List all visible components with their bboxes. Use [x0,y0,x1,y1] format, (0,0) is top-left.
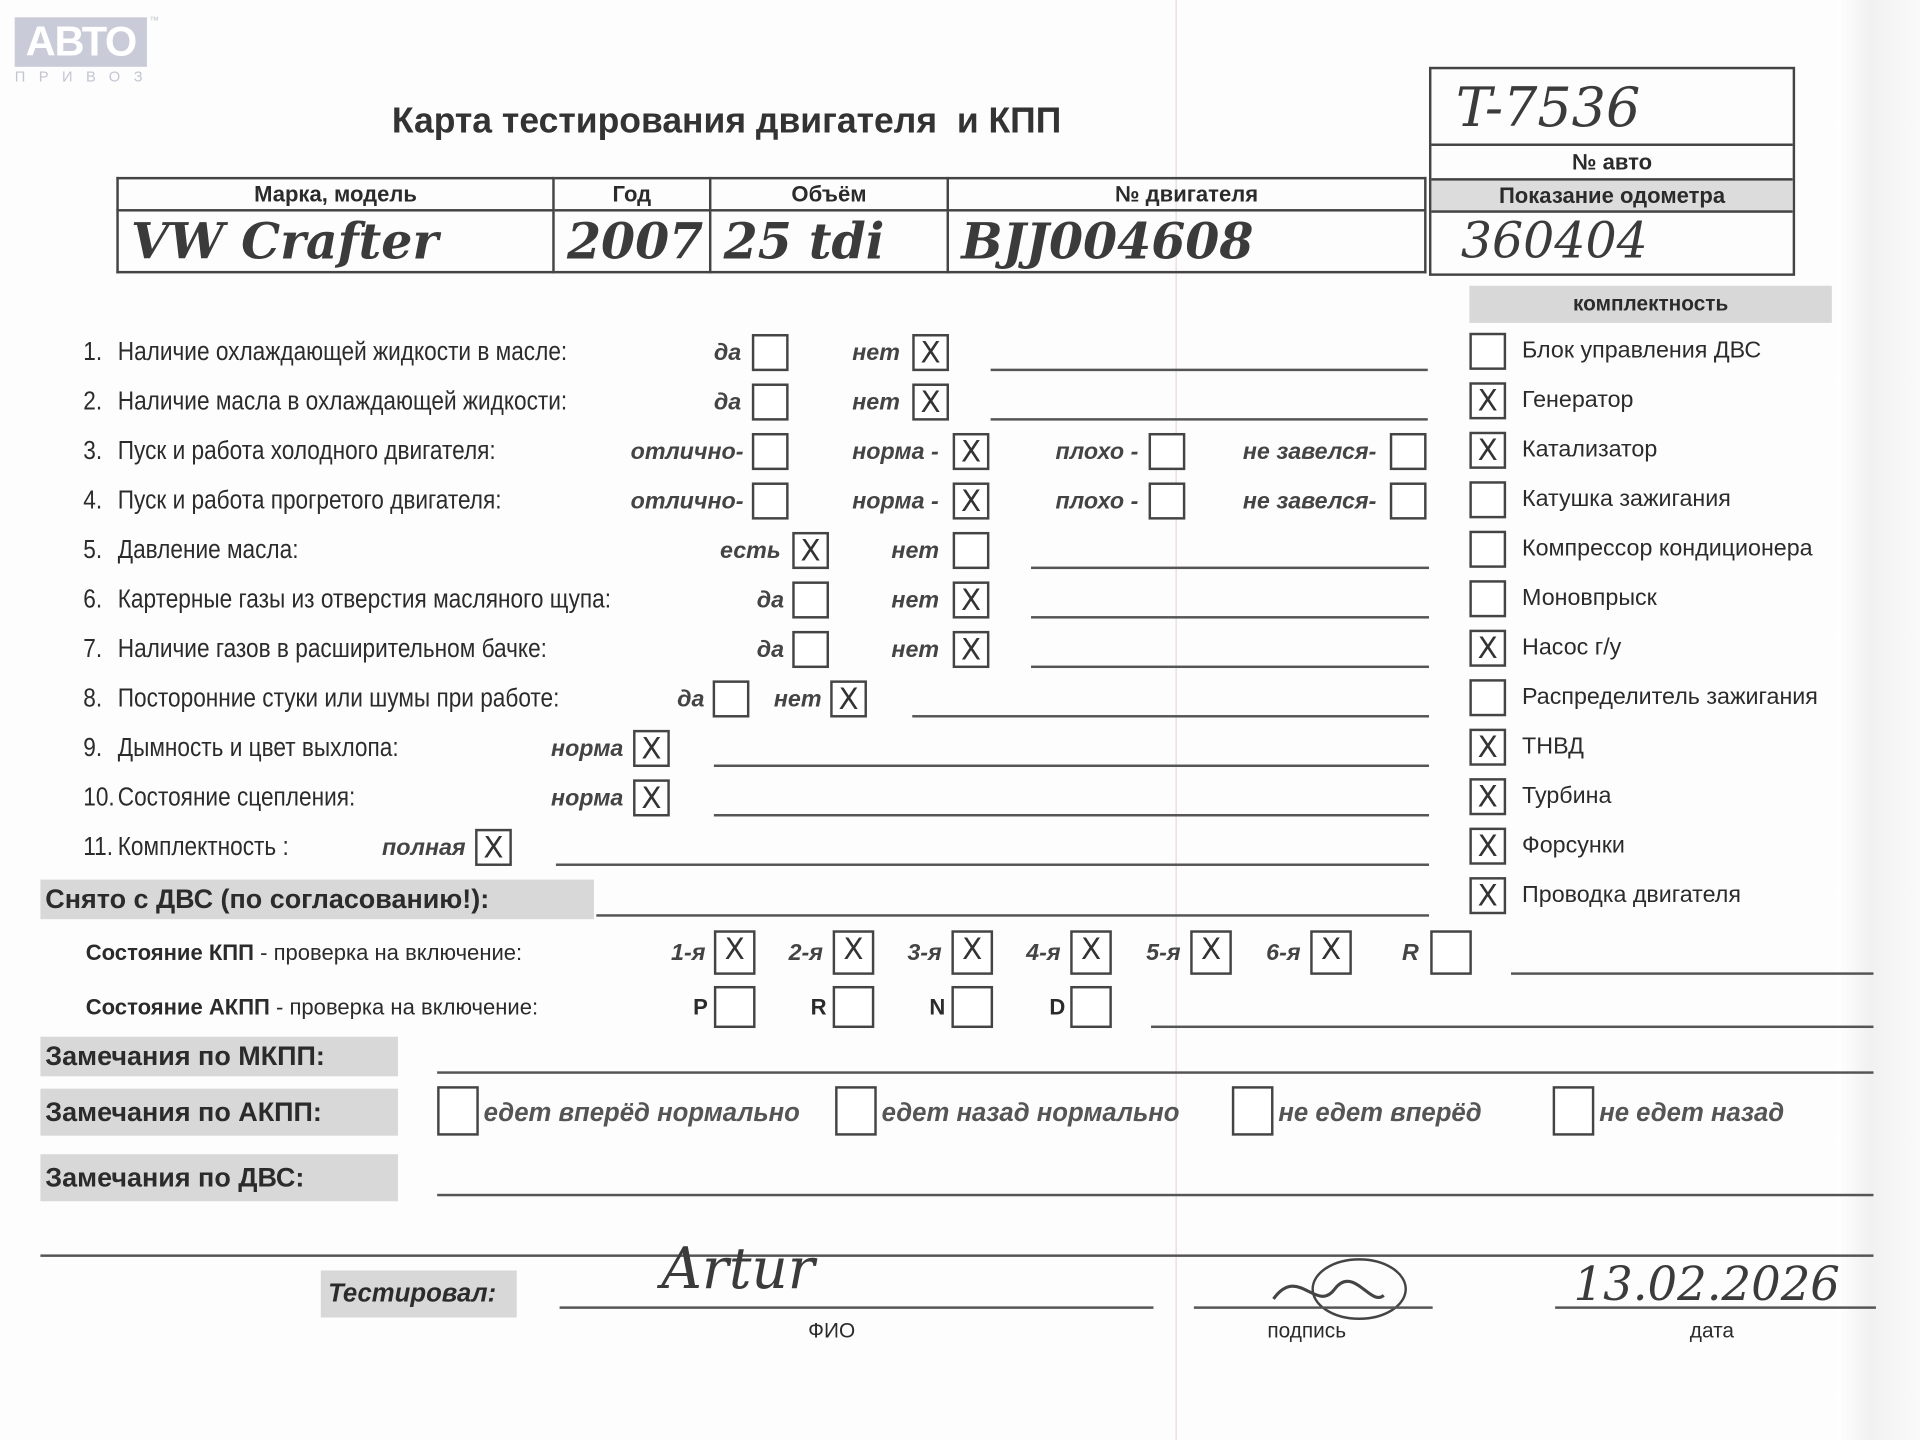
check-row-5: 5.Давление масла: [83,536,298,566]
kit-item-label: Насос г/у [1522,635,1621,662]
option-label: норма - [852,489,939,516]
akpp-remark-checkbox[interactable] [1553,1086,1595,1135]
akpp-mode-label: P [693,995,708,1021]
option-label: плохо - [1056,489,1139,516]
auto-number[interactable]: T-7536 [1456,77,1640,140]
kit-checkbox[interactable]: X [1469,828,1506,865]
option-label: нет [891,538,939,565]
check-row-3: 3.Пуск и работа холодного двигателя: [83,437,495,467]
gear-label: 3-я [907,940,941,967]
gear-label: 5-я [1146,940,1180,967]
kit-checkbox[interactable] [1469,333,1506,370]
kit-item-label: Проводка двигателя [1522,882,1741,909]
kit-checkbox[interactable]: X [1469,432,1506,469]
kit-checkbox[interactable] [1469,679,1506,716]
column-header-make-model: Марка, модель [118,178,554,210]
option-label: норма - [852,439,939,466]
akpp-mode-label: D [1049,995,1065,1021]
tester-name[interactable]: Artur [661,1235,814,1302]
check-number: 7. [83,635,117,665]
check-label: Пуск и работа прогретого двигателя: [118,486,502,514]
option-checkbox[interactable]: X [912,334,949,371]
akpp-remark-label: не едет вперёд [1278,1099,1481,1129]
akpp-remark-checkbox[interactable] [1232,1086,1274,1135]
comment-line[interactable] [556,863,1429,865]
odometer-value[interactable]: 360404 [1461,213,1648,270]
akpp-remark-label: едет вперёд нормально [484,1099,800,1129]
check-label: Наличие охлаждающей жидкости в масле: [118,338,567,366]
check-row-2: 2.Наличие масла в охлаждающей жидкости: [83,387,567,417]
kit-checkbox[interactable] [1469,531,1506,568]
check-label: Пуск и работа холодного двигателя: [118,437,496,465]
akpp-mode-label: N [929,995,945,1021]
check-number: 8. [83,684,117,714]
option-label: не завелся- [1243,439,1377,466]
akpp-mode-label: R [811,995,827,1021]
check-number: 5. [83,536,117,566]
comment-line[interactable] [991,418,1428,420]
option-checkbox[interactable] [792,581,829,618]
gear-checkbox[interactable]: X [833,930,875,975]
engine-number-value[interactable]: BJJ004608 [948,210,1426,272]
option-checkbox[interactable]: X [830,680,867,717]
date-line [1555,1306,1876,1308]
option-checkbox[interactable] [1390,433,1427,470]
akpp-mode-checkbox[interactable] [714,986,756,1028]
option-checkbox[interactable] [713,680,750,717]
option-checkbox[interactable] [792,631,829,668]
option-checkbox[interactable]: X [633,730,670,767]
kit-item-label: Форсунки [1522,833,1625,860]
remarks-dvs-line[interactable] [437,1194,1873,1196]
check-row-11: 11.Комплектность : [83,833,288,863]
check-number: 11. [83,833,117,863]
comment-line[interactable] [1031,567,1429,569]
name-caption: ФИО [808,1319,855,1344]
gear-label: 4-я [1026,940,1060,967]
gear-checkbox[interactable]: X [1070,930,1112,975]
kpp-notes-line[interactable] [1511,972,1873,974]
option-label: да [714,340,741,367]
option-checkbox[interactable] [1390,482,1427,519]
comment-line[interactable] [714,765,1429,767]
check-label: Давление масла: [118,536,299,564]
option-label: нет [852,340,900,367]
kit-item-label: Катализатор [1522,437,1657,464]
comment-line[interactable] [912,715,1429,717]
column-header-volume: Объём [710,178,948,210]
test-card-document: АВТО ™ ПРИВОЗ Карта тестирования двигате… [0,0,1920,1440]
comment-line[interactable] [1031,666,1429,668]
option-label: да [757,637,784,664]
check-row-4: 4.Пуск и работа прогретого двигателя: [83,486,501,516]
page-title: Карта тестирования двигателя и КПП [392,101,1061,142]
option-checkbox[interactable]: X [912,384,949,421]
signature-line [1194,1306,1433,1308]
option-checkbox[interactable] [1149,433,1186,470]
comment-line[interactable] [991,369,1428,371]
akpp-notes-line[interactable] [1151,1026,1873,1028]
remarks-mkpp-label: Замечания по МКПП: [40,1037,398,1077]
option-label: отлично- [631,489,744,516]
remarks-mkpp-line[interactable] [437,1071,1873,1073]
option-label: нет [774,687,822,714]
check-row-10: 10.Состояние сцепления: [83,783,355,813]
option-checkbox[interactable] [1149,482,1186,519]
option-label: нет [852,390,900,417]
column-header-year: Год [553,178,710,210]
option-checkbox[interactable] [752,433,789,470]
option-checkbox[interactable] [752,482,789,519]
date-caption: дата [1690,1319,1734,1344]
make-model-value[interactable]: VW Crafter [118,210,554,272]
option-label: норма [551,786,623,813]
kit-item-label: Распределитель зажигания [1522,684,1818,711]
kit-checkbox[interactable] [1469,580,1506,617]
check-label: Состояние сцепления: [118,783,356,811]
option-checkbox[interactable]: X [792,532,829,569]
check-number: 2. [83,387,117,417]
kit-checkbox[interactable]: X [1469,630,1506,667]
akpp-remark-label: едет назад нормально [882,1099,1180,1129]
check-row-9: 9.Дымность и цвет выхлопа: [83,734,398,764]
check-label: Посторонние стуки или шумы при работе: [118,684,560,712]
option-label: плохо - [1056,439,1139,466]
odometer-label: Показание одометра [1431,178,1792,213]
check-label: Комплектность : [118,833,289,861]
remarks-dvs-label: Замечания по ДВС: [40,1154,398,1201]
check-label: Наличие масла в охлаждающей жидкости: [118,387,567,415]
akpp-remark-checkbox[interactable] [437,1086,479,1135]
option-label: есть [720,538,781,565]
logo-trademark: ™ [149,15,159,26]
option-checkbox[interactable] [953,532,990,569]
option-label: нет [891,637,939,664]
option-checkbox[interactable]: X [633,779,670,816]
vehicle-info-table: Марка, модель Год Объём № двигателя VW C… [116,177,1426,273]
akpp-mode-checkbox[interactable] [1070,986,1112,1028]
check-number: 1. [83,338,117,368]
gear-checkbox[interactable]: X [951,930,993,975]
option-label: да [714,390,741,417]
comment-line[interactable] [714,814,1429,816]
akpp-label: Состояние АКПП - проверка на включение: [86,995,538,1021]
check-number: 3. [83,437,117,467]
check-row-1: 1.Наличие охлаждающей жидкости в масле: [83,338,567,368]
removed-label: Снято с ДВС (по согласованию!): [40,880,593,920]
check-label: Наличие газов в расширительном бачке: [118,635,547,663]
comment-line[interactable] [1031,616,1429,618]
check-number: 9. [83,734,117,764]
check-row-6: 6.Картерные газы из отверстия масляного … [83,585,611,615]
signature-caption: подпись [1267,1319,1346,1344]
kit-checkbox[interactable]: X [1469,778,1506,815]
option-checkbox[interactable] [752,384,789,421]
volume-value[interactable]: 25 tdi [710,210,948,272]
akpp-remark-label: не едет назад [1599,1099,1784,1129]
option-label: норма [551,736,623,763]
kpp-label: Состояние КПП - проверка на включение: [86,940,522,966]
gear-label: 1-я [671,940,705,967]
logo-subtitle: ПРИВОЗ [15,68,156,85]
paper-edge [1837,0,1920,1440]
kit-item-label: Моновпрыск [1522,585,1657,612]
gear-label: 6-я [1266,940,1300,967]
akpp-mode-checkbox[interactable] [833,986,875,1028]
option-checkbox[interactable]: X [475,829,512,866]
removed-line[interactable] [596,914,1429,916]
check-number: 10. [83,783,117,813]
check-number: 4. [83,486,117,516]
option-checkbox[interactable]: X [953,631,990,668]
kit-item-label: Турбина [1522,783,1611,810]
gear-checkbox[interactable]: X [714,930,756,975]
option-checkbox[interactable] [752,334,789,371]
option-label: отлично- [631,439,744,466]
option-checkbox[interactable]: X [953,581,990,618]
kit-checkbox[interactable]: X [1469,729,1506,766]
tested-by-label: Тестировал: [321,1271,517,1318]
logo: АВТО [15,17,147,66]
check-label: Картерные газы из отверстия масляного щу… [118,585,611,613]
option-label: да [677,687,704,714]
gear-checkbox[interactable]: X [1190,930,1232,975]
kit-checkbox[interactable]: X [1469,382,1506,419]
date-value[interactable]: 13.02.2026 [1573,1257,1839,1311]
check-number: 6. [83,585,117,615]
remarks-akpp-label: Замечания по АКПП: [40,1089,398,1136]
gear-label: R [1402,940,1419,967]
akpp-mode-checkbox[interactable] [951,986,993,1028]
auto-number-label: № авто [1431,144,1792,179]
check-label: Дымность и цвет выхлопа: [118,734,399,762]
option-label: да [757,588,784,615]
option-label: нет [891,588,939,615]
kit-item-label: ТНВД [1522,734,1584,761]
check-row-8: 8.Посторонние стуки или шумы при работе: [83,684,559,714]
akpp-remark-checkbox[interactable] [835,1086,877,1135]
kit-item-label: Катушка зажигания [1522,486,1731,513]
kit-item-label: Компрессор кондиционера [1522,536,1813,563]
column-header-engine-number: № двигателя [948,178,1426,210]
kit-checkbox[interactable] [1469,481,1506,518]
check-row-7: 7.Наличие газов в расширительном бачке: [83,635,547,665]
kit-checkbox[interactable]: X [1469,877,1506,914]
option-label: не завелся- [1243,489,1377,516]
gear-checkbox[interactable]: X [1310,930,1352,975]
kit-item-label: Блок управления ДВС [1522,338,1761,365]
auto-number-box: T-7536 № авто Показание одометра 360404 [1429,67,1795,276]
year-value[interactable]: 2007 [553,210,710,272]
kit-item-label: Генератор [1522,387,1633,414]
gear-label: 2-я [789,940,823,967]
gear-checkbox[interactable] [1430,930,1472,975]
option-checkbox[interactable]: X [953,482,990,519]
option-label: полная [382,835,466,862]
kit-title: комплектность [1469,286,1831,323]
name-line [560,1306,1154,1308]
option-checkbox[interactable]: X [953,433,990,470]
